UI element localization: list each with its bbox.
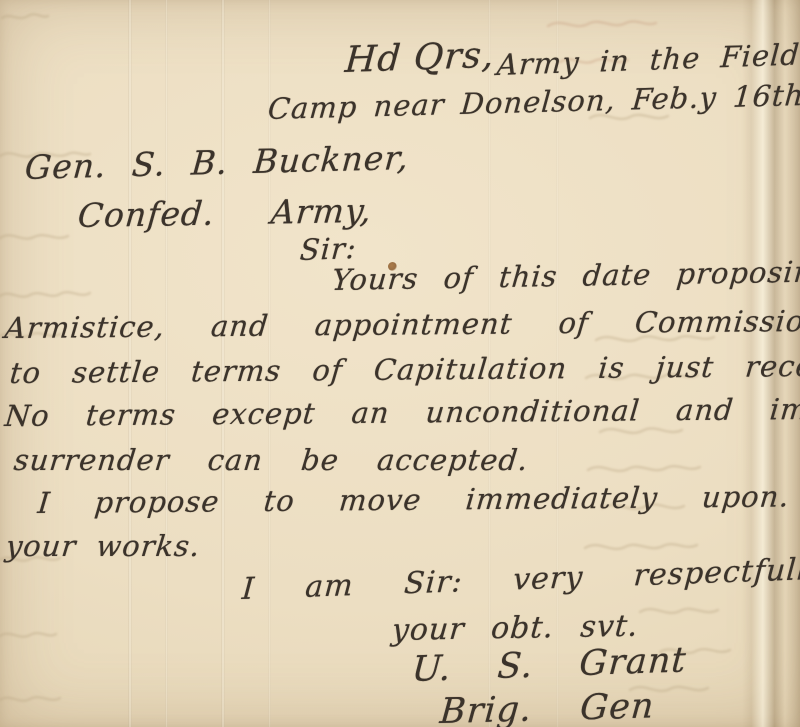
letter-dateline: Camp near Donelson, Feb.y 16th 1862: [267, 75, 800, 126]
body-line-4: No terms except an unconditional and imm…: [3, 391, 800, 433]
body-line-3: to settle terms of Capitulation is just …: [8, 348, 800, 390]
letter-heading-left: Hd Qrs,: [344, 35, 496, 81]
letter-page: Hd Qrs, Army in the Field Camp near Done…: [0, 0, 800, 727]
letter-closing-2: your obt. svt.: [390, 609, 640, 648]
body-line-7: your works.: [4, 529, 202, 563]
letter-closing-1: I am Sir: very respectfully: [241, 552, 800, 607]
letter-signature-rank: Brig. Gen: [438, 686, 656, 727]
letter-recipient-name: Gen. S. B. Buckner,: [23, 138, 410, 187]
letter-heading-right: Army in the Field: [496, 37, 800, 82]
body-line-1: Yours of this date proposing: [331, 254, 800, 297]
letter-recipient-org: Confed. Army,: [76, 191, 373, 235]
body-line-5: surrender can be accepted.: [12, 443, 530, 477]
letter-signature: U. S. Grant: [411, 640, 688, 690]
body-line-2: Armistice, and appointment of Commission…: [3, 303, 800, 345]
letter-salutation: Sir:: [299, 231, 358, 267]
body-line-6: I propose to move immediately upon.: [36, 479, 791, 520]
